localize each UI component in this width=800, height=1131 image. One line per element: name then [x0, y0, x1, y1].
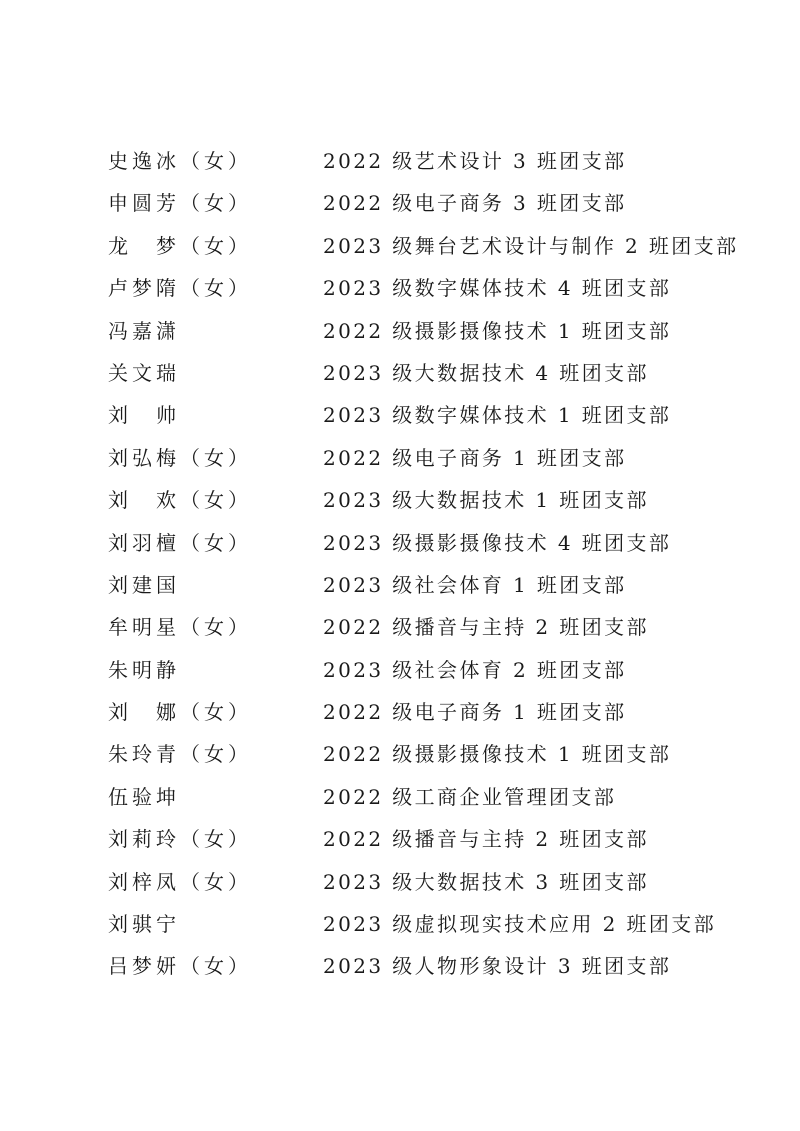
list-item: 吕梦妍（女）2023 级人物形象设计 3 班团支部	[0, 945, 800, 987]
branch-unit: 2023 级摄影摄像技术 4 班团支部	[323, 522, 671, 564]
branch-unit: 2022 级摄影摄像技术 1 班团支部	[323, 733, 671, 775]
person-name: 申圆芳（女）	[108, 182, 252, 224]
branch-unit: 2023 级大数据技术 3 班团支部	[323, 861, 649, 903]
person-name: 刘莉玲（女）	[108, 818, 252, 860]
branch-unit: 2022 级电子商务 3 班团支部	[323, 182, 627, 224]
list-item: 牟明星（女）2022 级播音与主持 2 班团支部	[0, 606, 800, 648]
list-item: 伍验坤2022 级工商企业管理团支部	[0, 776, 800, 818]
person-name: 刘骐宁	[108, 903, 180, 945]
list-item: 龙 梦（女）2023 级舞台艺术设计与制作 2 班团支部	[0, 225, 800, 267]
person-name: 刘弘梅（女）	[108, 437, 252, 479]
list-item: 朱明静2023 级社会体育 2 班团支部	[0, 649, 800, 691]
list-item: 卢梦隋（女）2023 级数字媒体技术 4 班团支部	[0, 267, 800, 309]
branch-unit: 2023 级社会体育 2 班团支部	[323, 649, 627, 691]
branch-unit: 2022 级工商企业管理团支部	[323, 776, 616, 818]
branch-unit: 2022 级艺术设计 3 班团支部	[323, 140, 627, 182]
branch-unit: 2023 级社会体育 1 班团支部	[323, 564, 627, 606]
person-name: 朱明静	[108, 649, 180, 691]
person-name: 史逸冰（女）	[108, 140, 252, 182]
branch-unit: 2023 级大数据技术 1 班团支部	[323, 479, 649, 521]
person-name: 刘梓凤（女）	[108, 861, 252, 903]
person-name: 刘羽檀（女）	[108, 522, 252, 564]
person-name: 刘 娜（女）	[108, 691, 252, 733]
person-name: 龙 梦（女）	[108, 225, 252, 267]
person-name: 刘 帅	[108, 394, 180, 436]
list-item: 刘莉玲（女）2022 级播音与主持 2 班团支部	[0, 818, 800, 860]
honor-list: 史逸冰（女）2022 级艺术设计 3 班团支部 申圆芳（女）2022 级电子商务…	[0, 140, 800, 988]
branch-unit: 2023 级舞台艺术设计与制作 2 班团支部	[323, 225, 739, 267]
list-item: 刘 帅2023 级数字媒体技术 1 班团支部	[0, 394, 800, 436]
branch-unit: 2023 级大数据技术 4 班团支部	[323, 352, 649, 394]
branch-unit: 2023 级数字媒体技术 4 班团支部	[323, 267, 671, 309]
list-item: 刘骐宁2023 级虚拟现实技术应用 2 班团支部	[0, 903, 800, 945]
list-item: 关文瑞2023 级大数据技术 4 班团支部	[0, 352, 800, 394]
list-item: 刘弘梅（女）2022 级电子商务 1 班团支部	[0, 437, 800, 479]
list-item: 申圆芳（女）2022 级电子商务 3 班团支部	[0, 182, 800, 224]
person-name: 刘 欢（女）	[108, 479, 252, 521]
branch-unit: 2023 级人物形象设计 3 班团支部	[323, 945, 671, 987]
list-item: 冯嘉潇2022 级摄影摄像技术 1 班团支部	[0, 310, 800, 352]
list-item: 刘 娜（女）2022 级电子商务 1 班团支部	[0, 691, 800, 733]
branch-unit: 2022 级播音与主持 2 班团支部	[323, 818, 649, 860]
person-name: 伍验坤	[108, 776, 180, 818]
list-item: 刘羽檀（女）2023 级摄影摄像技术 4 班团支部	[0, 522, 800, 564]
branch-unit: 2022 级电子商务 1 班团支部	[323, 437, 627, 479]
person-name: 牟明星（女）	[108, 606, 252, 648]
person-name: 吕梦妍（女）	[108, 945, 252, 987]
branch-unit: 2023 级虚拟现实技术应用 2 班团支部	[323, 903, 716, 945]
person-name: 朱玲青（女）	[108, 733, 252, 775]
person-name: 关文瑞	[108, 352, 180, 394]
person-name: 冯嘉潇	[108, 310, 180, 352]
list-item: 刘 欢（女）2023 级大数据技术 1 班团支部	[0, 479, 800, 521]
list-item: 史逸冰（女）2022 级艺术设计 3 班团支部	[0, 140, 800, 182]
branch-unit: 2022 级电子商务 1 班团支部	[323, 691, 627, 733]
person-name: 卢梦隋（女）	[108, 267, 252, 309]
list-item: 刘梓凤（女）2023 级大数据技术 3 班团支部	[0, 861, 800, 903]
person-name: 刘建国	[108, 564, 180, 606]
branch-unit: 2022 级播音与主持 2 班团支部	[323, 606, 649, 648]
list-item: 朱玲青（女）2022 级摄影摄像技术 1 班团支部	[0, 733, 800, 775]
branch-unit: 2023 级数字媒体技术 1 班团支部	[323, 394, 671, 436]
list-item: 刘建国2023 级社会体育 1 班团支部	[0, 564, 800, 606]
branch-unit: 2022 级摄影摄像技术 1 班团支部	[323, 310, 671, 352]
